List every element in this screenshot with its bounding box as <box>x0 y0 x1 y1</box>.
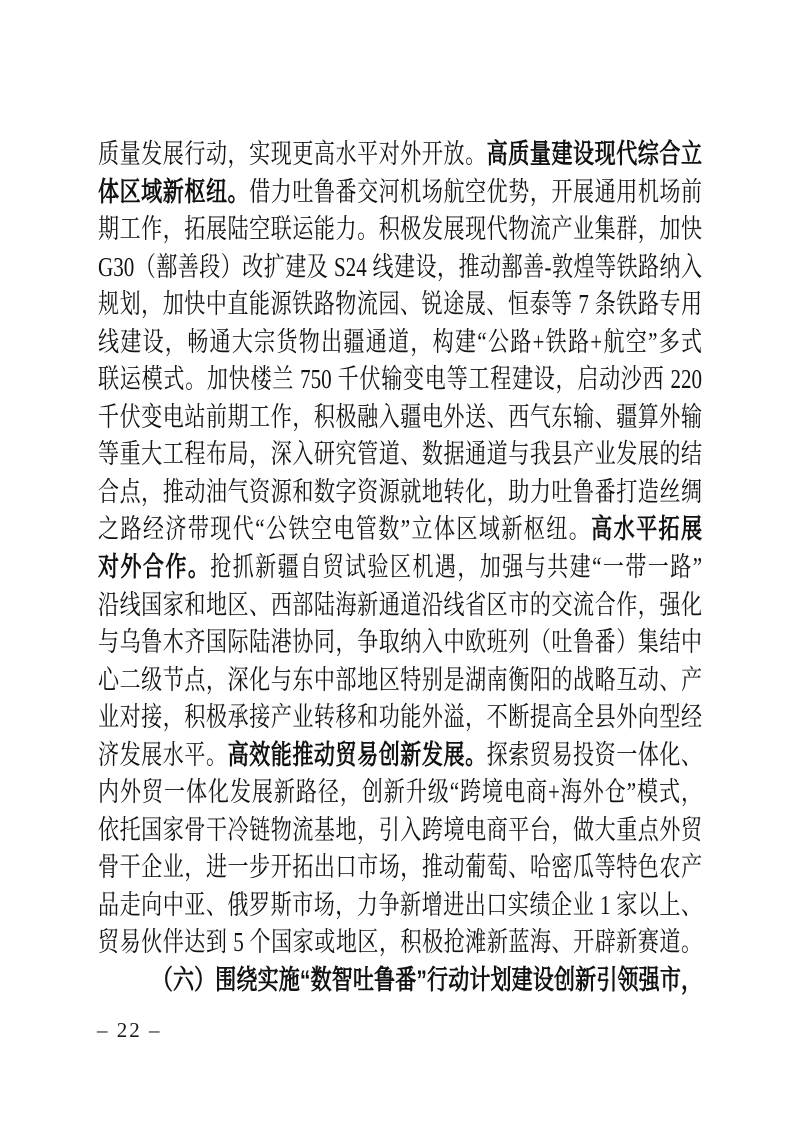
emphasis-text-segment: 对外合作。 <box>98 552 210 582</box>
text-line: 心二级节点，深化与东中部地区特别是湖南衡阳的战略互动、产 <box>98 662 702 700</box>
text-line: 品走向中亚、俄罗斯市场，力争新增进出口实绩企业 1 家以上、 <box>98 887 702 925</box>
text-segment: 探索贸易投资一体化、 <box>487 740 702 770</box>
emphasis-text-segment: （六）围绕实施“数智吐鲁番”行动计划建设创新引领强市， <box>152 965 702 995</box>
text-segment: 贸易伙伴达到 5 个国家或地区，积极抢滩新蓝海、开辟新赛道。 <box>98 927 702 957</box>
page-number: – 22 – <box>97 1018 162 1043</box>
text-segment: 合点，推动油气资源和数字资源就地转化，助力吐鲁番打造丝绸 <box>98 477 702 507</box>
text-line: 联运模式。加快楼兰 750 千伏输变电等工程建设，启动沙西 220 <box>98 361 702 399</box>
text-segment: 质量发展行动，实现更高水平对外开放。 <box>98 139 487 169</box>
emphasis-text-segment: 高水平拓展 <box>591 514 702 544</box>
text-line: 规划，加快中直能源铁路物流园、锐途晟、恒泰等 7 条铁路专用 <box>98 286 702 324</box>
text-line: 济发展水平。高效能推动贸易创新发展。探索贸易投资一体化、 <box>98 737 702 775</box>
text-segment: 依托国家骨干冷链物流基地，引入跨境电商平台，做大重点外贸 <box>98 815 702 845</box>
text-line: 之路经济带现代“公铁空电管数”立体区域新枢纽。高水平拓展 <box>98 511 702 549</box>
text-line: 内外贸一体化发展新路径，创新升级“跨境电商+海外仓”模式， <box>98 774 702 812</box>
text-segment: 与乌鲁木齐国际陆港协同，争取纳入中欧班列（吐鲁番）集结中 <box>98 627 702 657</box>
emphasis-text-segment: 高效能推动贸易创新发展。 <box>228 740 487 770</box>
text-line: G30（鄯善段）改扩建及 S24 线建设，推动鄯善-敦煌等铁路纳入 <box>98 249 702 287</box>
text-line: 骨干企业，进一步开拓出口市场，推动葡萄、哈密瓜等特色农产 <box>98 849 702 887</box>
text-line: 千伏变电站前期工作，积极融入疆电外送、西气东输、疆算外输 <box>98 399 702 437</box>
text-segment: 千伏变电站前期工作，积极融入疆电外送、西气东输、疆算外输 <box>98 402 702 432</box>
text-line: 与乌鲁木齐国际陆港协同，争取纳入中欧班列（吐鲁番）集结中 <box>98 624 702 662</box>
text-segment: 心二级节点，深化与东中部地区特别是湖南衡阳的战略互动、产 <box>98 665 702 695</box>
text-line: （六）围绕实施“数智吐鲁番”行动计划建设创新引领强市， <box>98 962 702 1000</box>
emphasis-text-segment: 体区域新枢纽。 <box>98 177 249 207</box>
text-line: 对外合作。抢抓新疆自贸试验区机遇，加强与共建“一带一路” <box>98 549 702 587</box>
text-line: 贸易伙伴达到 5 个国家或地区，积极抢滩新蓝海、开辟新赛道。 <box>98 924 702 962</box>
text-segment: 业对接，积极承接产业转移和功能外溢，不断提高全县外向型经 <box>98 702 702 732</box>
text-line: 合点，推动油气资源和数字资源就地转化，助力吐鲁番打造丝绸 <box>98 474 702 512</box>
text-segment: 内外贸一体化发展新路径，创新升级“跨境电商+海外仓”模式， <box>98 777 702 807</box>
text-segment: 沿线国家和地区、西部陆海新通道沿线省区市的交流合作，强化 <box>98 590 702 620</box>
text-segment: G30（鄯善段）改扩建及 S24 线建设，推动鄯善-敦煌等铁路纳入 <box>98 252 702 282</box>
text-line: 期工作，拓展陆空联运能力。积极发展现代物流产业集群，加快 <box>98 211 702 249</box>
text-line: 依托国家骨干冷链物流基地，引入跨境电商平台，做大重点外贸 <box>98 812 702 850</box>
text-segment: 等重大工程布局，深入研究管道、数据通道与我县产业发展的结 <box>98 439 702 469</box>
text-line: 等重大工程布局，深入研究管道、数据通道与我县产业发展的结 <box>98 436 702 474</box>
text-line: 沿线国家和地区、西部陆海新通道沿线省区市的交流合作，强化 <box>98 587 702 625</box>
emphasis-text-segment: 高质量建设现代综合立 <box>487 139 702 169</box>
text-line: 业对接，积极承接产业转移和功能外溢，不断提高全县外向型经 <box>98 699 702 737</box>
text-segment: 规划，加快中直能源铁路物流园、锐途晟、恒泰等 7 条铁路专用 <box>98 289 702 319</box>
text-segment: 品走向中亚、俄罗斯市场，力争新增进出口实绩企业 1 家以上、 <box>98 890 702 920</box>
text-segment: 期工作，拓展陆空联运能力。积极发展现代物流产业集群，加快 <box>98 214 702 244</box>
text-line: 质量发展行动，实现更高水平对外开放。高质量建设现代综合立 <box>98 136 702 174</box>
text-segment: 济发展水平。 <box>98 740 228 770</box>
text-line: 线建设，畅通大宗货物出疆通道，构建“公路+铁路+航空”多式 <box>98 324 702 362</box>
text-segment: 骨干企业，进一步开拓出口市场，推动葡萄、哈密瓜等特色农产 <box>98 852 702 882</box>
text-segment: 线建设，畅通大宗货物出疆通道，构建“公路+铁路+航空”多式 <box>98 327 702 357</box>
text-segment: 联运模式。加快楼兰 750 千伏输变电等工程建设，启动沙西 220 <box>98 364 702 394</box>
text-segment: 之路经济带现代“公铁空电管数”立体区域新枢纽。 <box>98 514 591 544</box>
text-line: 体区域新枢纽。借力吐鲁番交河机场航空优势，开展通用机场前 <box>98 174 702 212</box>
body-text: 质量发展行动，实现更高水平对外开放。高质量建设现代综合立体区域新枢纽。借力吐鲁番… <box>98 136 793 1000</box>
document-page: 质量发展行动，实现更高水平对外开放。高质量建设现代综合立体区域新枢纽。借力吐鲁番… <box>0 0 793 1122</box>
text-segment: 借力吐鲁番交河机场航空优势，开展通用机场前 <box>249 177 702 207</box>
text-segment: 抢抓新疆自贸试验区机遇，加强与共建“一带一路” <box>210 552 702 582</box>
